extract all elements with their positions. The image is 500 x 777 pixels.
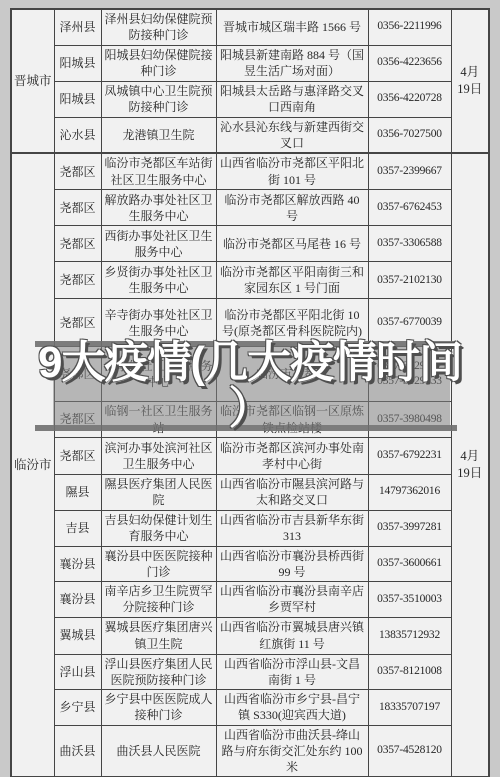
address-cell: 山西省临汾市曲沃县-绛山路与府东街交汇处东约 100 米 bbox=[216, 725, 368, 777]
address-cell: 山西省临汾市吉县新华东街 313 bbox=[216, 510, 368, 546]
table-row: 曲沃县曲沃县人民医院山西省临汾市曲沃县-绛山路与府东街交汇处东约 100 米03… bbox=[11, 725, 489, 777]
clinic-name-cell: 浮山县医疗集团人民医院预防接种门诊 bbox=[101, 654, 216, 689]
clinic-name-cell: 吉县妇幼保健计划生育服务中心 bbox=[101, 510, 216, 546]
address-cell: 阳城县太岳路与惠泽路交叉口西南角 bbox=[216, 81, 368, 117]
phone-cell: 0357-3997281 bbox=[368, 510, 451, 546]
address-cell: 临汾市尧都区平阳南街三和家园东区 1 号门面 bbox=[216, 262, 368, 299]
date-cell: 4月 19日 bbox=[451, 9, 489, 153]
phone-cell: 13835712932 bbox=[368, 617, 451, 654]
county-cell: 隰县 bbox=[54, 474, 101, 510]
clinic-name-cell: 龙港镇卫生院 bbox=[101, 117, 216, 153]
phone-cell: 0356-2211996 bbox=[368, 9, 451, 45]
clinic-name-cell: 临汾市尧都区车站街社区卫生服务中心 bbox=[101, 153, 216, 190]
clinic-name-cell: 南辛店乡卫生院贾罕分院接种门诊 bbox=[101, 582, 216, 617]
county-cell: 尧都区 bbox=[54, 299, 101, 347]
county-cell: 翼城县 bbox=[54, 617, 101, 654]
clinic-name-cell: 凤城镇中心卫生院预防接种门诊 bbox=[101, 81, 216, 117]
address-cell: 临汾市尧都区临钢一区原炼铁点检站楼 bbox=[216, 402, 368, 437]
address-cell: 临汾市尧都区 bbox=[216, 347, 368, 402]
clinic-name-cell: 翼城县医疗集团唐兴镇卫生院 bbox=[101, 617, 216, 654]
address-cell: 山西省临汾市浮山县-文昌南街 1 号 bbox=[216, 654, 368, 689]
address-cell: 沁水县沁东线与新建西街交叉口 bbox=[216, 117, 368, 153]
table-row: 尧都区办事处社区卫生服务中心临汾市尧都区0357-3129922 0357-31… bbox=[11, 347, 489, 402]
city-cell: 晋城市 bbox=[11, 9, 54, 153]
address-cell: 山西省临汾市翼城县唐兴镇红旗街 11 号 bbox=[216, 617, 368, 654]
phone-cell: 14797362016 bbox=[368, 474, 451, 510]
phone-cell: 0356-7027500 bbox=[368, 117, 451, 153]
clinic-name-cell: 曲沃县人民医院 bbox=[101, 725, 216, 777]
table-row: 尧都区乡贤街办事处社区卫生服务中心临汾市尧都区平阳南街三和家园东区 1 号门面0… bbox=[11, 262, 489, 299]
clinic-name-cell: 阳城县妇幼保健院接种门诊 bbox=[101, 45, 216, 81]
phone-cell: 0356-4220728 bbox=[368, 81, 451, 117]
county-cell: 曲沃县 bbox=[54, 725, 101, 777]
county-cell: 阳城县 bbox=[54, 81, 101, 117]
phone-cell: 0357-2399667 bbox=[368, 153, 451, 190]
county-cell: 阳城县 bbox=[54, 45, 101, 81]
county-cell: 浮山县 bbox=[54, 654, 101, 689]
phone-cell: 0357-3600661 bbox=[368, 546, 451, 581]
table-row: 尧都区滨河办事处滨河社区卫生服务中心临汾市尧都区滨河办事处南孝村中心街0357-… bbox=[11, 437, 489, 474]
phone-cell: 18335707197 bbox=[368, 689, 451, 725]
county-cell: 尧都区 bbox=[54, 190, 101, 226]
table-row: 隰县隰县医疗集团人民医院山西省临汾市隰县滨河路与太和路交叉口1479736201… bbox=[11, 474, 489, 510]
phone-cell: 0357-6770039 bbox=[368, 299, 451, 347]
county-cell: 尧都区 bbox=[54, 153, 101, 190]
county-cell: 襄汾县 bbox=[54, 546, 101, 581]
county-cell: 泽州县 bbox=[54, 9, 101, 45]
table-row: 晋城市泽州县泽州县妇幼保健院预防接种门诊晋城市城区瑞丰路 1566 号0356-… bbox=[11, 9, 489, 45]
clinic-name-cell: 乡宁县中医医院成人接种门诊 bbox=[101, 689, 216, 725]
address-cell: 阳城县新建南路 884 号（国昱生活广场对面） bbox=[216, 45, 368, 81]
county-cell: 尧都区 bbox=[54, 437, 101, 474]
table-row: 尧都区解放路办事处社区卫生服务中心临汾市尧都区解放西路 40 号0357-676… bbox=[11, 190, 489, 226]
table-row: 尧都区临钢一社区卫生服务站临汾市尧都区临钢一区原炼铁点检站楼0357-39804… bbox=[11, 402, 489, 437]
county-cell: 沁水县 bbox=[54, 117, 101, 153]
phone-cell: 0357-2102130 bbox=[368, 262, 451, 299]
table-row: 沁水县龙港镇卫生院沁水县沁东线与新建西街交叉口0356-7027500 bbox=[11, 117, 489, 153]
phone-cell: 0357-6762453 bbox=[368, 190, 451, 226]
table-row: 翼城县翼城县医疗集团唐兴镇卫生院山西省临汾市翼城县唐兴镇红旗街 11 号1383… bbox=[11, 617, 489, 654]
table-row: 临汾市尧都区临汾市尧都区车站街社区卫生服务中心山西省临汾市尧都区平阳北街 101… bbox=[11, 153, 489, 190]
clinic-name-cell: 辛寺街办事处社区卫生服务中心 bbox=[101, 299, 216, 347]
table-row: 乡宁县乡宁县中医医院成人接种门诊山西省临汾市乡宁县-昌宁镇 S330(迎宾西大道… bbox=[11, 689, 489, 725]
county-cell: 襄汾县 bbox=[54, 582, 101, 617]
county-cell: 尧都区 bbox=[54, 402, 101, 437]
phone-cell: 0357-4528120 bbox=[368, 725, 451, 777]
county-cell: 尧都区 bbox=[54, 347, 101, 402]
county-cell: 尧都区 bbox=[54, 262, 101, 299]
clinic-name-cell: 滨河办事处滨河社区卫生服务中心 bbox=[101, 437, 216, 474]
table-row: 尧都区辛寺街办事处社区卫生服务中心临汾市尧都区平阳北街 10 号(原尧都区骨科医… bbox=[11, 299, 489, 347]
table-row: 吉县吉县妇幼保健计划生育服务中心山西省临汾市吉县新华东街 3130357-399… bbox=[11, 510, 489, 546]
city-cell: 临汾市 bbox=[11, 153, 54, 777]
address-cell: 晋城市城区瑞丰路 1566 号 bbox=[216, 9, 368, 45]
table-row: 尧都区西街办事处社区卫生服务中心临汾市尧都区马尾巷 16 号0357-33065… bbox=[11, 226, 489, 262]
phone-cell: 0357-3129922 0357-3129933 bbox=[368, 347, 451, 402]
address-cell: 临汾市尧都区滨河办事处南孝村中心街 bbox=[216, 437, 368, 474]
phone-cell: 0356-4223656 bbox=[368, 45, 451, 81]
phone-cell: 0357-8121008 bbox=[368, 654, 451, 689]
clinic-table-body: 晋城市泽州县泽州县妇幼保健院预防接种门诊晋城市城区瑞丰路 1566 号0356-… bbox=[11, 9, 489, 777]
date-cell: 4月 19日 bbox=[451, 153, 489, 777]
county-cell: 尧都区 bbox=[54, 226, 101, 262]
address-cell: 临汾市尧都区解放西路 40 号 bbox=[216, 190, 368, 226]
clinic-name-cell: 泽州县妇幼保健院预防接种门诊 bbox=[101, 9, 216, 45]
clinic-name-cell: 隰县医疗集团人民医院 bbox=[101, 474, 216, 510]
table-row: 阳城县阳城县妇幼保健院接种门诊阳城县新建南路 884 号（国昱生活广场对面）03… bbox=[11, 45, 489, 81]
table-row: 襄汾县襄汾县中医医院接种门诊山西省临汾市襄汾县桥西街 99 号0357-3600… bbox=[11, 546, 489, 581]
phone-cell: 0357-3306588 bbox=[368, 226, 451, 262]
county-cell: 乡宁县 bbox=[54, 689, 101, 725]
address-cell: 临汾市尧都区平阳北街 10 号(原尧都区骨科医院院内) bbox=[216, 299, 368, 347]
document-page: 晋城市泽州县泽州县妇幼保健院预防接种门诊晋城市城区瑞丰路 1566 号0356-… bbox=[0, 0, 500, 777]
address-cell: 山西省临汾市襄汾县南辛店乡贾罕村 bbox=[216, 582, 368, 617]
table-row: 浮山县浮山县医疗集团人民医院预防接种门诊山西省临汾市浮山县-文昌南街 1 号03… bbox=[11, 654, 489, 689]
phone-cell: 0357-6792231 bbox=[368, 437, 451, 474]
county-cell: 吉县 bbox=[54, 510, 101, 546]
address-cell: 山西省临汾市乡宁县-昌宁镇 S330(迎宾西大道) bbox=[216, 689, 368, 725]
clinic-name-cell: 襄汾县中医医院接种门诊 bbox=[101, 546, 216, 581]
address-cell: 山西省临汾市隰县滨河路与太和路交叉口 bbox=[216, 474, 368, 510]
clinic-name-cell: 西街办事处社区卫生服务中心 bbox=[101, 226, 216, 262]
address-cell: 临汾市尧都区马尾巷 16 号 bbox=[216, 226, 368, 262]
address-cell: 山西省临汾市尧都区平阳北街 101 号 bbox=[216, 153, 368, 190]
clinic-name-cell: 临钢一社区卫生服务站 bbox=[101, 402, 216, 437]
phone-cell: 0357-3980498 bbox=[368, 402, 451, 437]
vaccination-clinic-table: 晋城市泽州县泽州县妇幼保健院预防接种门诊晋城市城区瑞丰路 1566 号0356-… bbox=[10, 8, 490, 777]
clinic-name-cell: 办事处社区卫生服务中心 bbox=[101, 347, 216, 402]
clinic-name-cell: 解放路办事处社区卫生服务中心 bbox=[101, 190, 216, 226]
address-cell: 山西省临汾市襄汾县桥西街 99 号 bbox=[216, 546, 368, 581]
table-row: 阳城县凤城镇中心卫生院预防接种门诊阳城县太岳路与惠泽路交叉口西南角0356-42… bbox=[11, 81, 489, 117]
table-row: 襄汾县南辛店乡卫生院贾罕分院接种门诊山西省临汾市襄汾县南辛店乡贾罕村0357-3… bbox=[11, 582, 489, 617]
phone-cell: 0357-3510003 bbox=[368, 582, 451, 617]
clinic-name-cell: 乡贤街办事处社区卫生服务中心 bbox=[101, 262, 216, 299]
